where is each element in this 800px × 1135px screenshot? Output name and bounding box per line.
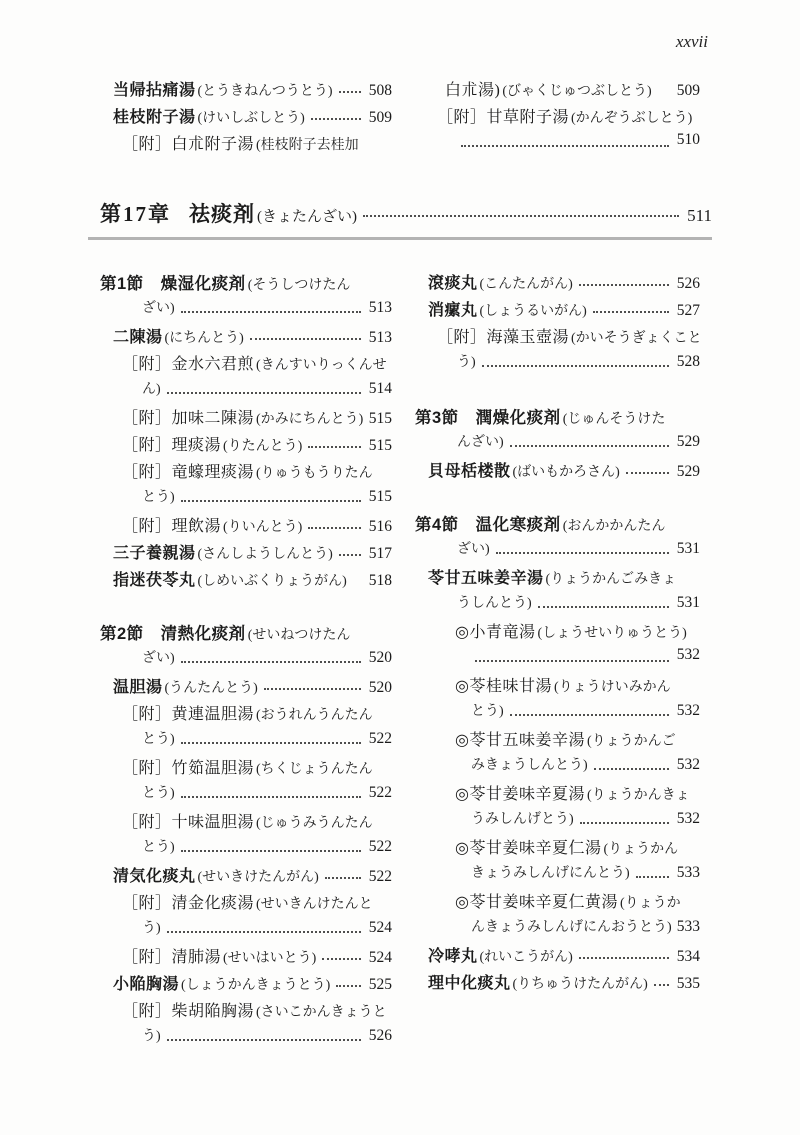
entry-kanji: ◎苓甘姜味辛夏湯 (455, 781, 585, 804)
toc-line: ［附］清肺湯(せいはいとう)524 (100, 944, 392, 971)
entry-page: 532 (677, 702, 700, 720)
toc-line: う)526 (100, 1025, 392, 1052)
entry-reading: とう) (142, 782, 175, 802)
entry-reading: うしんとう) (457, 592, 532, 612)
dot-leader (322, 958, 360, 960)
toc-line: ◎苓甘姜味辛夏湯(りょうかんきょ (415, 781, 700, 808)
dot-leader (308, 446, 360, 448)
entry-kanji: ◎小青竜湯 (455, 619, 535, 642)
entry-page: 514 (369, 380, 392, 398)
entry-reading: (そうしつけたん (248, 274, 351, 294)
dot-leader (538, 606, 669, 608)
entry-reading: とう) (142, 728, 175, 748)
entry-name: 温胆湯 (113, 674, 163, 697)
entry-reading: (りょうか (620, 892, 681, 912)
entry-reading: (にちんとう) (165, 327, 244, 347)
dot-leader (181, 500, 361, 502)
entry-page: 535 (677, 975, 700, 993)
entry-reading: みきょうしんとう) (471, 754, 588, 774)
entry-reading: ざい) (142, 647, 175, 667)
entry-reading: (じゅうみうんたん (256, 812, 373, 832)
toc-line: みきょうしんとう)532 (415, 754, 700, 781)
toc-column-left: 第1節 燥湿化痰剤(そうしつけたんざい)513二陳湯(にちんとう)513［附］金… (100, 270, 392, 1052)
entry-kanji: ◎苓甘姜味辛夏仁黄湯 (455, 889, 618, 912)
entry-name: 第4節 温化寒痰剤 (415, 511, 561, 535)
entry-reading: (さいこかんきょうと (256, 1001, 387, 1021)
entry-page: 509 (369, 109, 392, 127)
entry-page: 517 (369, 545, 392, 563)
entry-kanji: ［附］加味二陳湯 (122, 405, 254, 428)
entry-page: 532 (677, 646, 700, 664)
entry-page: 525 (369, 976, 392, 994)
entry-kanji: ［附］竜蠔理痰湯 (122, 459, 254, 482)
entry-page: 524 (369, 919, 392, 937)
entry-page: 522 (369, 868, 392, 886)
entry-page: 531 (677, 594, 700, 612)
entry-page: 527 (677, 302, 700, 320)
toc-line: ざい)531 (415, 538, 700, 565)
dot-leader (181, 850, 361, 852)
dot-leader (311, 118, 361, 120)
entry-kanji: ◎苓甘姜味辛夏仁湯 (455, 835, 601, 858)
toc-line: 清気化痰丸(せいきけたんがん)522 (100, 863, 392, 890)
toc-column-right: 滾痰丸(こんたんがん)526消瘰丸(しょうるいがん)527［附］海藻玉壺湯(かい… (415, 270, 700, 997)
toc-line: ◎小青竜湯(しょうせいりゅうとう) (415, 619, 700, 646)
toc-line: ざい)513 (100, 297, 392, 324)
entry-reading: (おんかかんたん (563, 515, 666, 535)
dot-leader (181, 311, 361, 313)
entry-reading: (しめいぶくりょうがん) (198, 570, 347, 590)
dot-leader (475, 660, 669, 662)
chapter-page: 511 (687, 206, 712, 226)
dot-leader (167, 931, 361, 933)
toc-line: とう)532 (415, 700, 700, 727)
chapter-heading: 第17章 祛痰剤 (きょたんざい) 511 (88, 198, 712, 240)
chapter-heading-line: 第17章 祛痰剤 (きょたんざい) 511 (88, 198, 712, 232)
entry-page: 522 (369, 730, 392, 748)
entry-page: 510 (677, 131, 700, 149)
chapter-rule (88, 237, 712, 240)
entry-kanji: ［附］竹筎温胆湯 (122, 755, 254, 778)
entry-reading: ん) (142, 378, 161, 398)
toc-section-line: 第3節 潤燥化痰剤(じゅんそうけた (415, 404, 700, 431)
toc-section-line: 第4節 温化寒痰剤(おんかかんたん (415, 511, 700, 538)
toc-line: 白朮湯)(びゃくじゅつぶしとう)509 (415, 77, 700, 104)
toc-line: ［附］竹筎温胆湯(ちくじょうんたん (100, 755, 392, 782)
toc-line: ◎苓桂味甘湯(りょうけいみかん (415, 673, 700, 700)
toc-line: 消瘰丸(しょうるいがん)527 (415, 297, 700, 324)
dot-leader (336, 985, 360, 987)
entry-name: 苓甘五味姜辛湯 (428, 565, 544, 588)
entry-reading: (りたんとう) (223, 435, 302, 455)
entry-kanji: ［附］柴胡陥胸湯 (122, 998, 254, 1021)
toc-line: 532 (415, 646, 700, 673)
toc-line: 三子養親湯(さんしようしんとう)517 (100, 540, 392, 567)
entry-name: 二陳湯 (113, 324, 163, 347)
entry-kanji: ［附］理痰湯 (122, 432, 221, 455)
entry-reading: きょうみしんげにんとう) (471, 862, 630, 882)
entry-page: 532 (677, 810, 700, 828)
dot-leader (339, 91, 361, 93)
entry-page: 532 (677, 756, 700, 774)
dot-leader (181, 742, 361, 744)
toc-line: ［附］清金化痰湯(せいきんけたんと (100, 890, 392, 917)
entry-reading: ざい) (457, 538, 490, 558)
entry-reading: (うんたんとう) (165, 677, 258, 697)
toc-line: とう)515 (100, 486, 392, 513)
entry-kanji: ◎苓甘五味姜辛湯 (455, 727, 585, 750)
entry-reading: (けいしぶしとう) (198, 107, 305, 127)
dot-leader (593, 311, 669, 313)
dot-leader (626, 472, 669, 474)
entry-name: 貝母栝楼散 (428, 458, 511, 481)
entry-kanji: ［附］白朮附子湯 (122, 131, 254, 154)
toc-line: ［附］黄連温胆湯(おうれんうんたん (100, 701, 392, 728)
entry-reading: (びゃくじゅつぶしとう) (502, 80, 651, 100)
entry-reading: (しょうせいりゅうとう) (537, 622, 686, 642)
dot-leader (496, 552, 669, 554)
entry-reading: (さんしようしんとう) (198, 543, 333, 563)
entry-reading: (おうれんうんたん (256, 704, 373, 724)
entry-reading: (しょうるいがん) (480, 300, 587, 320)
entry-page: 516 (369, 518, 392, 536)
entry-reading: (りょうかんごみきょ (546, 568, 677, 588)
entry-kanji: ［附］甘草附子湯 (437, 104, 569, 127)
toc-section-line: 第1節 燥湿化痰剤(そうしつけたん (100, 270, 392, 297)
dot-leader (510, 714, 669, 716)
entry-page: 515 (369, 410, 392, 428)
entry-name: 当帰拈痛湯 (113, 77, 196, 100)
entry-reading: うみしんげとう) (471, 808, 574, 828)
entry-kanji: ［附］海藻玉壺湯 (437, 324, 569, 347)
book-page: { "page": { "number": "xxvii" }, "chapte… (0, 0, 800, 1135)
toc-line: ［附］理痰湯(りたんとう)515 (100, 432, 392, 459)
toc-line: 二陳湯(にちんとう)513 (100, 324, 392, 351)
toc-line: 桂枝附子湯(けいしぶしとう)509 (100, 104, 392, 131)
entry-reading: (せいきけたんがん) (198, 866, 319, 886)
entry-reading: (りいんとう) (223, 516, 302, 536)
entry-reading: (かんぞうぶしとう) (571, 107, 692, 127)
chapter-reading: (きょたんざい) (257, 205, 357, 226)
dot-leader (339, 554, 361, 556)
entry-page: 533 (677, 864, 700, 882)
entry-page: 533 (677, 918, 700, 936)
toc-line: んざい)529 (415, 431, 700, 458)
entry-name: 小陥胸湯 (113, 971, 179, 994)
dot-leader (250, 338, 361, 340)
entry-name: 清気化痰丸 (113, 863, 196, 886)
chapter-title: 祛痰剤 (189, 198, 255, 228)
entry-page: 522 (369, 838, 392, 856)
entry-reading: (りちゅうけたんがん) (513, 973, 648, 993)
entry-page: 531 (677, 540, 700, 558)
toc-line: ◎苓甘姜味辛夏仁黄湯(りょうか (415, 889, 700, 916)
entry-reading: (りょうかんきょ (587, 784, 690, 804)
entry-reading: (りゅうもうりたん (256, 462, 373, 482)
entry-reading: (きんすいりっくんせ (256, 354, 387, 374)
entry-name: 第3節 潤燥化痰剤 (415, 404, 561, 428)
entry-name: 三子養親湯 (113, 540, 196, 563)
entry-reading: (かいそうぎょくこと (571, 327, 700, 347)
dot-leader (482, 365, 669, 367)
dot-leader (510, 445, 669, 447)
entry-name: 冷哮丸 (428, 943, 478, 966)
entry-reading: んきょうみしんげにんおうとう) (471, 916, 672, 936)
toc-line: う)528 (415, 351, 700, 378)
dot-leader (636, 876, 669, 878)
toc-line: ［附］十味温胆湯(じゅうみうんたん (100, 809, 392, 836)
entry-reading: う) (142, 1025, 161, 1045)
dot-leader (579, 957, 669, 959)
toc-line: 温胆湯(うんたんとう)520 (100, 674, 392, 701)
entry-page: 529 (677, 433, 700, 451)
entry-page: 526 (369, 1027, 392, 1045)
entry-reading: (桂枝附子去桂加 (256, 134, 359, 154)
entry-name: 桂枝附子湯 (113, 104, 196, 127)
toc-line: んきょうみしんげにんおうとう)533 (415, 916, 700, 943)
entry-kanji: ［附］黄連温胆湯 (122, 701, 254, 724)
toc-line: 冷哮丸(れいこうがん)534 (415, 943, 700, 970)
toc-top-column-right: 白朮湯)(びゃくじゅつぶしとう)509［附］甘草附子湯(かんぞうぶしとう)510 (415, 77, 700, 158)
entry-reading: (とうきねんつうとう) (198, 80, 333, 100)
entry-reading: とう) (471, 700, 504, 720)
entry-kanji: ［附］十味温胆湯 (122, 809, 254, 832)
entry-reading: (しょうかんきょうとう) (181, 974, 330, 994)
entry-reading: (せいはいとう) (223, 947, 316, 967)
toc-line: ［附］柴胡陥胸湯(さいこかんきょうと (100, 998, 392, 1025)
entry-reading: (かみにちんとう) (256, 408, 363, 428)
entry-name: 消瘰丸 (428, 297, 478, 320)
toc-line: う)524 (100, 917, 392, 944)
dot-leader (363, 215, 679, 217)
page-number: xxvii (676, 32, 708, 52)
entry-page: 518 (369, 572, 392, 590)
entry-kanji: ◎苓桂味甘湯 (455, 673, 552, 696)
toc-line: とう)522 (100, 836, 392, 863)
toc-line: 510 (415, 131, 700, 158)
entry-reading: (りょうけいみかん (554, 676, 671, 696)
entry-name: 滾痰丸 (428, 270, 478, 293)
entry-page: 520 (369, 679, 392, 697)
entry-reading: う) (457, 351, 476, 371)
entry-page: 513 (369, 299, 392, 317)
entry-kanji: ［附］理飲湯 (122, 513, 221, 536)
entry-reading: とう) (142, 486, 175, 506)
dot-leader (325, 877, 361, 879)
dot-leader (167, 1039, 361, 1041)
entry-kanji: ［附］清肺湯 (122, 944, 221, 967)
entry-page: 508 (369, 82, 392, 100)
toc-line: ［附］金水六君煎(きんすいりっくんせ (100, 351, 392, 378)
entry-reading: (ちくじょうんたん (256, 758, 373, 778)
toc-line: ［附］白朮附子湯(桂枝附子去桂加 (100, 131, 392, 158)
dot-leader (580, 822, 669, 824)
toc-line: ［附］理飲湯(りいんとう)516 (100, 513, 392, 540)
dot-leader (308, 527, 360, 529)
entry-page: 528 (677, 353, 700, 371)
entry-reading: (じゅんそうけた (563, 408, 666, 428)
entry-reading: う) (142, 917, 161, 937)
toc-line: ん)514 (100, 378, 392, 405)
dot-leader (181, 661, 361, 663)
entry-reading: んざい) (457, 431, 504, 451)
toc-line: ◎苓甘姜味辛夏仁湯(りょうかん (415, 835, 700, 862)
dot-leader (594, 768, 669, 770)
dot-leader (167, 392, 361, 394)
entry-reading: (せいきんけたんと (256, 893, 373, 913)
chapter-label: 第17章 (100, 198, 171, 228)
entry-kanji: ［附］金水六君煎 (122, 351, 254, 374)
entry-kanji: ［附］清金化痰湯 (122, 890, 254, 913)
toc-line: とう)522 (100, 782, 392, 809)
entry-page: 509 (677, 82, 700, 100)
entry-page: 534 (677, 948, 700, 966)
dot-leader (264, 688, 361, 690)
toc-line: 滾痰丸(こんたんがん)526 (415, 270, 700, 297)
entry-page: 515 (369, 437, 392, 455)
toc-top-column-left: 当帰拈痛湯(とうきねんつうとう)508桂枝附子湯(けいしぶしとう)509［附］白… (100, 77, 392, 158)
dot-leader (181, 796, 361, 798)
entry-page: 529 (677, 463, 700, 481)
toc-line: 指迷茯苓丸(しめいぶくりょうがん)518 (100, 567, 392, 594)
entry-name: 理中化痰丸 (428, 970, 511, 993)
entry-page: 522 (369, 784, 392, 802)
dot-leader (579, 284, 669, 286)
dot-leader (654, 984, 669, 986)
toc-line: とう)522 (100, 728, 392, 755)
toc-line: 小陥胸湯(しょうかんきょうとう)525 (100, 971, 392, 998)
toc-line: ［附］竜蠔理痰湯(りゅうもうりたん (100, 459, 392, 486)
entry-name: 第1節 燥湿化痰剤 (100, 270, 246, 294)
entry-reading: (りょうかんご (587, 730, 676, 750)
toc-line: 理中化痰丸(りちゅうけたんがん)535 (415, 970, 700, 997)
entry-name: 第2節 清熱化痰剤 (100, 620, 246, 644)
toc-line: ［附］海藻玉壺湯(かいそうぎょくこと (415, 324, 700, 351)
toc-line: ［附］加味二陳湯(かみにちんとう)515 (100, 405, 392, 432)
entry-reading: (ばいもかろさん) (513, 461, 620, 481)
entry-page: 526 (677, 275, 700, 293)
entry-reading: (こんたんがん) (480, 273, 573, 293)
toc-line: うみしんげとう)532 (415, 808, 700, 835)
entry-page: 513 (369, 329, 392, 347)
entry-name: 指迷茯苓丸 (113, 567, 196, 590)
entry-kanji: 白朮湯) (445, 77, 500, 100)
entry-page: 520 (369, 649, 392, 667)
entry-reading: (れいこうがん) (480, 946, 573, 966)
toc-line: うしんとう)531 (415, 592, 700, 619)
entry-page: 515 (369, 488, 392, 506)
dot-leader (461, 145, 669, 147)
toc-line: 貝母栝楼散(ばいもかろさん)529 (415, 458, 700, 485)
entry-reading: とう) (142, 836, 175, 856)
entry-reading: (りょうかん (603, 838, 678, 858)
toc-line: ざい)520 (100, 647, 392, 674)
toc-line: きょうみしんげにんとう)533 (415, 862, 700, 889)
toc-line: ◎苓甘五味姜辛湯(りょうかんご (415, 727, 700, 754)
entry-reading: (せいねつけたん (248, 624, 351, 644)
toc-section-line: 第2節 清熱化痰剤(せいねつけたん (100, 620, 392, 647)
entry-reading: ざい) (142, 297, 175, 317)
toc-line: 当帰拈痛湯(とうきねんつうとう)508 (100, 77, 392, 104)
entry-page: 524 (369, 949, 392, 967)
toc-line: ［附］甘草附子湯(かんぞうぶしとう) (415, 104, 700, 131)
toc-line: 苓甘五味姜辛湯(りょうかんごみきょ (415, 565, 700, 592)
